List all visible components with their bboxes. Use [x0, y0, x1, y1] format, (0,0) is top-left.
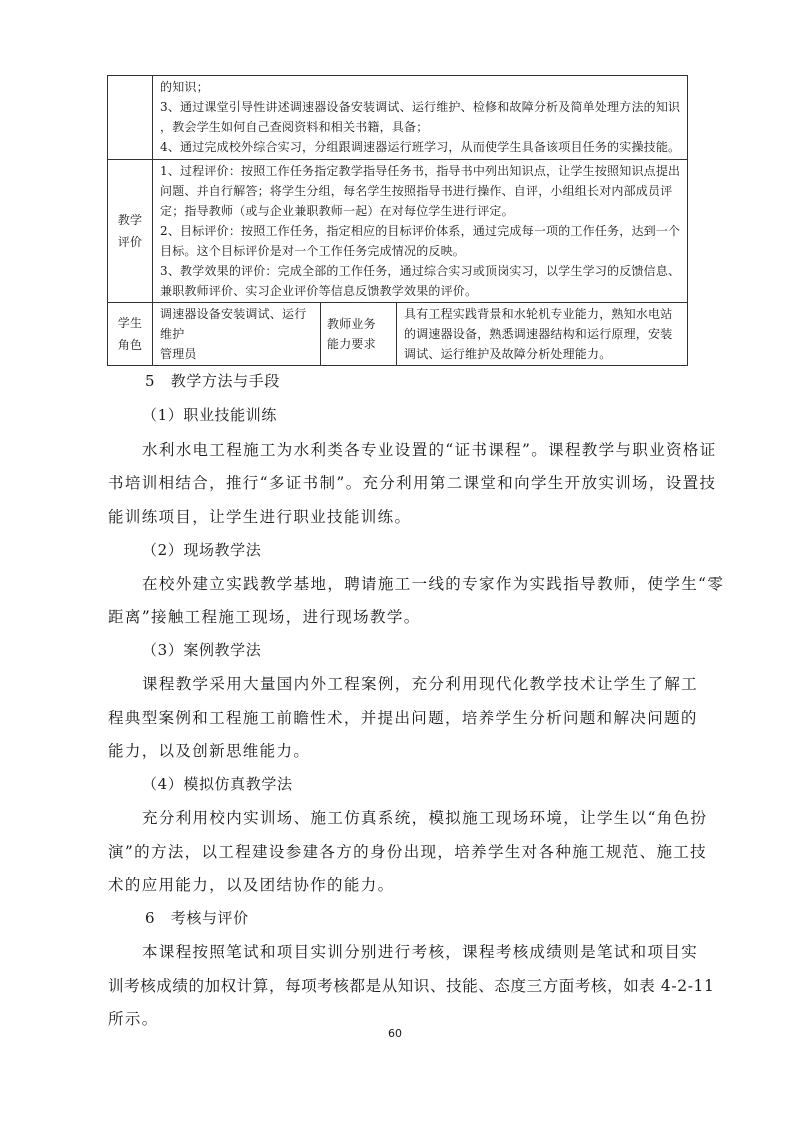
table-row-evaluation: 教学 评价 1、过程评价：按照工作任务指定教学指导任务书，指导书中列出知识点，让…	[108, 160, 688, 303]
label-line: 教学	[110, 209, 150, 231]
student-role-cell: 调速器设备安装调试、运行 维护 管理员	[153, 303, 321, 366]
paragraph-line: 演”的方法，以工程建设参建各方的身份出现，培养学生对各种施工规范、施工技	[108, 840, 707, 862]
row-label-student-role: 学生 角色	[108, 303, 153, 366]
cell-line: 2、目标评价：按照工作任务，指定相应的目标评价体系，通过完成每一项的工作任务，达…	[160, 221, 683, 241]
cell-line: 1、过程评价：按照工作任务指定教学指导任务书，指导书中列出知识点，让学生按照知识…	[160, 161, 683, 181]
paragraph-line: 书培训相结合，推行“多证书制”。充分利用第二课堂和向学生开放实训场，设置技	[108, 471, 716, 493]
cell-line: 管理员	[160, 344, 316, 364]
paragraph-line: 所示。	[108, 1007, 159, 1029]
cell-line: ，教会学生如何自己查阅资料和相关书籍，具备；	[160, 117, 683, 137]
cell-line: 定；指导教师（或与企业兼职教师一起）在对每位学生进行评定。	[160, 201, 683, 221]
paragraph-line: 充分利用校内实训场、施工仿真系统，模拟施工现场环境，让学生以“角色扮	[142, 806, 707, 828]
cell-line: 维护	[160, 324, 316, 344]
cell-line: 的知识；	[160, 77, 683, 97]
teacher-requirement-cell: 具有工程实践背景和水轮机专业能力，熟知水电站 的调速器设备，熟悉调速器结构和运行…	[397, 303, 688, 366]
course-info-table: 的知识； 3、通过课堂引导性讲述调速器设备安装调试、运行维护、检修和故障分析及简…	[107, 75, 688, 366]
cell-line: 问题、并自行解答；将学生分组，每名学生按照指导书进行操作、自评，小组组长对内部成…	[160, 181, 683, 201]
label-line: 学生	[110, 312, 150, 334]
subsection-title-2: （2）现场教学法	[142, 539, 261, 560]
cell-line: 3、教学效果的评价：完成全部的工作任务，通过综合实习或顶岗实习，以学生学习的反馈…	[160, 261, 683, 281]
page-number: 60	[388, 1027, 402, 1040]
subsection-title-4: （4）模拟仿真教学法	[142, 773, 293, 794]
paragraph-line: 距离”接触工程施工现场，进行现场教学。	[108, 605, 421, 627]
subsection-title-1: （1）职业技能训练	[142, 404, 277, 425]
cell-line: 具有工程实践背景和水轮机专业能力，熟知水电站	[404, 304, 683, 324]
knowledge-cell: 的知识； 3、通过课堂引导性讲述调速器设备安装调试、运行维护、检修和故障分析及简…	[153, 76, 688, 160]
row-label-evaluation: 教学 评价	[108, 160, 153, 303]
table-row-roles: 学生 角色 调速器设备安装调试、运行 维护 管理员 教师业务 能力要求 具有工程…	[108, 303, 688, 366]
section-heading-6: 6 考核与评价	[145, 907, 249, 928]
teacher-requirement-label: 教师业务 能力要求	[321, 303, 397, 366]
paragraph-line: 术的应用能力，以及团结协作的能力。	[108, 873, 394, 895]
subsection-title-3: （3）案例教学法	[142, 639, 261, 660]
evaluation-cell: 1、过程评价：按照工作任务指定教学指导任务书，指导书中列出知识点，让学生按照知识…	[153, 160, 688, 303]
table-row-knowledge: 的知识； 3、通过课堂引导性讲述调速器设备安装调试、运行维护、检修和故障分析及简…	[108, 76, 688, 160]
label-line: 评价	[110, 231, 150, 253]
paragraph-line: 训考核成绩的加权计算，每项考核都是从知识、技能、态度三方面考核，如表 4-2-1…	[108, 974, 714, 996]
paragraph-line: 程典型案例和工程施工前瞻性术，并提出问题，培养学生分析问题和解决问题的	[108, 706, 698, 728]
paragraph-line: 能力，以及创新思维能力。	[108, 739, 310, 761]
paragraph-line: 能训练项目，让学生进行职业技能训练。	[108, 505, 411, 527]
cell-line: 调速器设备安装调试、运行	[160, 304, 316, 324]
label-line: 能力要求	[327, 334, 392, 354]
label-line: 教师业务	[327, 314, 392, 334]
paragraph-line: 课程教学采用大量国内外工程案例，充分利用现代化教学技术让学生了解工	[142, 672, 698, 694]
cell-line: 的调速器设备，熟悉调速器结构和运行原理，安装	[404, 324, 683, 344]
paragraph-line: 在校外建立实践教学基地，聘请施工一线的专家作为实践指导教师，使学生“零	[142, 572, 724, 594]
cell-line: 调试、运行维护及故障分析处理能力。	[404, 344, 683, 364]
row-label-empty	[108, 76, 153, 160]
cell-line: 3、通过课堂引导性讲述调速器设备安装调试、运行维护、检修和故障分析及简单处理方法…	[160, 97, 683, 117]
cell-line: 目标。这个目标评价是对一个工作任务完成情况的反映。	[160, 241, 683, 261]
section-heading-5: 5 教学方法与手段	[145, 370, 280, 391]
paragraph-line: 本课程按照笔试和项目实训分别进行考核，课程考核成绩则是笔试和项目实	[142, 940, 698, 962]
cell-line: 4、通过完成校外综合实习，分组跟调速器运行班学习，从而使学生具备该项目任务的实操…	[160, 137, 683, 157]
label-line: 角色	[110, 334, 150, 356]
cell-line: 兼职教师评价、实习企业评价等信息反馈教学效果的评价。	[160, 281, 683, 301]
paragraph-line: 水利水电工程施工为水利类各专业设置的“证书课程”。课程教学与职业资格证	[142, 438, 717, 460]
